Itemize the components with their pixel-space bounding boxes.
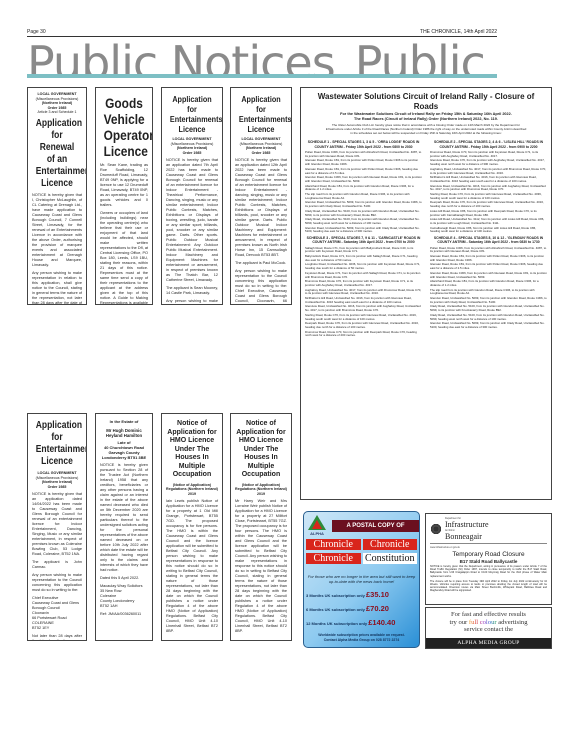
section-masthead: Public Notices Public Notices: [27, 36, 497, 76]
headline: Application for Renewal of an Entertainm…: [36, 118, 79, 190]
closure-item: Carnalbanagh Road, Route C86, from its j…: [430, 227, 547, 234]
closure-item: Clady Road, Unclassified No. 5100, from …: [430, 314, 547, 321]
full-colour-highlight: full colour: [469, 619, 497, 626]
closure-item: Glenview Road, Unclassified No. 4016, fr…: [430, 185, 547, 192]
section-title-repeat: Public Notices: [355, 36, 497, 76]
masthead-rule: [27, 74, 497, 78]
subscription-label: 3 Months UK subscription only: [306, 593, 365, 598]
ad-line-2-post: advertising: [497, 619, 528, 626]
closure-item: Pollen Road, Route C306, from its juncti…: [305, 151, 422, 158]
rally-column-right: SCHEDULE 2 - SPECIAL STAGES 2, 4 & 6 - '…: [430, 138, 547, 339]
closure-item: Glenaan Road, Route C81, from its juncti…: [430, 255, 547, 262]
order: Order 1985: [166, 151, 218, 156]
subscription-price: £140.40: [368, 618, 395, 627]
closure-item: Glendun Road, Unclassified No. 5099, fro…: [305, 227, 422, 234]
closure-item: Altarichard Road, Route C81, from its ju…: [430, 280, 547, 287]
masthead-chronicle: Chronicle: [306, 539, 361, 550]
regulation: (Notice of Application) Regulations (Nor…: [166, 483, 218, 497]
body-para: NOTICE is hereby given that I, Christoph…: [32, 193, 82, 268]
ad-line-1: For fast and effective results: [426, 611, 551, 619]
body-para: NOTICE is hereby given that the Departme…: [430, 565, 547, 578]
page-number: Page 30: [27, 29, 46, 35]
subscription-label: 12 Months UK subscription only: [306, 621, 367, 626]
ad-postal-copy[interactable]: ALPHA A POSTAL COPY OF Chronicle Chronic…: [303, 511, 420, 648]
body-para: The applicant is John Carmac.: [32, 560, 82, 570]
closure-item: Sterling Road, Route C70, from its junct…: [430, 193, 547, 200]
notice-hmo-weir: Notice of Application for HMO Licence Un…: [230, 413, 292, 641]
rally-title: Wastewater Solutions Circuit of Ireland …: [305, 92, 547, 112]
closure-item: Glenaan Road, Route C81, from its juncti…: [305, 168, 422, 175]
publication-date: THE CHRONICLE, 14th April 2022: [420, 29, 497, 35]
body-para: The applicant is Paul McCook.: [235, 261, 287, 266]
subscription-price: £35.10: [366, 590, 389, 599]
masthead-chronicle: Chronicle: [306, 553, 361, 564]
infrastructure-logo-icon: [430, 523, 442, 535]
closure-item: Glendun Road, Unclassified No. 5099, fro…: [305, 201, 422, 208]
authority: LOCAL GOVERNMENT: [32, 471, 82, 476]
closure-item: McIlhatton's Hill Road, Unclassified No.…: [430, 176, 547, 183]
closure-item: Clady Road, Unclassified No. 5100, from …: [430, 305, 547, 312]
body-para: Not later than 28 days after the date of…: [32, 634, 82, 641]
closure-item: Deerpark Road, Route C70, from its junct…: [430, 201, 547, 208]
closure-title: Temporary Road Closure: [430, 551, 547, 559]
authority: LOCAL GOVERNMENT: [235, 137, 287, 142]
notice-renewal-entertainments: LOCAL GOVERNMENT (Miscellaneous Provisio…: [27, 87, 87, 305]
alpha-logo-icon: ALPHA: [307, 514, 327, 536]
body-para: Owners or occupiers of land (including b…: [100, 211, 148, 305]
rally-column-left: SCHEDULE 1 - SPECIAL STAGES 1, 3 & 5 - '…: [305, 138, 422, 339]
dept-website[interactable]: www.infrastructure-ni.gov.uk: [430, 546, 547, 549]
closure-item: Glendun Road, Route C306, from its junct…: [305, 176, 422, 183]
closure-item: Lisles Hill Road, Unclassified No. 3112,…: [430, 218, 547, 225]
notice-entertainments-north-irish-horse: Application for Entertainments Licence L…: [230, 87, 292, 305]
closure-item: Glenaan Road, Route C81, from its juncti…: [305, 159, 422, 166]
postal-footer: Worldwide subscription prices available …: [306, 633, 417, 643]
closure-item: Clady Road, Unclassified No. 5100, from …: [305, 218, 422, 225]
article: Article 3 and Schedule 1: [32, 110, 82, 115]
headline: Goods Vehicle Operator's Licence: [104, 95, 145, 159]
notice-rally-road-closures: Wastewater Solutions Circuit of Ireland …: [300, 87, 552, 500]
authority: LOCAL GOVERNMENT: [166, 137, 218, 142]
closure-item: Aughaboy Road, Unclassified No. 4017, fr…: [430, 168, 547, 175]
rally-subtitle-2: The Road Races (Circuit of Ireland Rally…: [305, 117, 547, 122]
notice-estate-hamilton: In the Estate of Mr Hugh Dominic Heyland…: [95, 413, 153, 641]
notice-temporary-road-closure: Department for Infrastructure An Roinn B…: [425, 513, 552, 605]
alpha-media-group-bar: ALPHA MEDIA GROUP: [426, 638, 551, 648]
reference: Ref: JM/AA/0036260011: [100, 612, 148, 617]
schedule-heading: SCHEDULE 2 - SPECIAL STAGES 2, 4 & 6 - '…: [430, 140, 547, 149]
closure-item: Aughaboy Road, Unclassified No. 4017, fr…: [305, 289, 422, 296]
subscription-3-months: 3 Months UK subscription only £35.10: [306, 591, 417, 599]
masthead-constitution: Constitution: [363, 553, 418, 564]
subscription-price: £70.20: [366, 604, 389, 613]
closure-item: Sterling Road, Route C70, from its junct…: [305, 314, 422, 321]
order: Order 1985: [235, 151, 287, 156]
body-para: NOTICE is hereby given that an applicati…: [32, 492, 82, 557]
body-para: The closure will be in place from Tuesda…: [430, 580, 547, 593]
deceased-name: Mr Hugh Dominic Heyland Hamilton: [100, 428, 148, 438]
closure-item: Altarichard Road, Route C81, from its ju…: [305, 185, 422, 192]
headline: Application for Entertainments Licence: [239, 94, 283, 134]
body-para: Any person wishing to make representatio…: [166, 299, 218, 305]
order: Order 1985: [32, 485, 82, 490]
closure-item: Ballymullock Road, Route C71, from its j…: [305, 255, 422, 262]
body-para: Iain Lewis publish Notice of Application…: [166, 499, 218, 634]
authority: LOCAL GOVERNMENT: [32, 92, 82, 97]
headline: Notice of Application for HMO Licence Un…: [166, 420, 218, 480]
closure-item: Glendun Road, Route C306, from its junct…: [430, 272, 547, 279]
section-title: Public Notices: [27, 36, 335, 76]
headline: Notice of Application for HMO Licence Un…: [235, 420, 287, 480]
closure-item: Glenview Road, Unclassified No. 4016, fr…: [305, 305, 422, 312]
closure-item: Feystown Road, Route C71, from its junct…: [305, 272, 422, 279]
dept-name: Infrastructure: [445, 520, 489, 529]
closure-item: Glenview Road, Route C70, from its junct…: [430, 159, 547, 166]
dated: Dated this 5 April 2022.: [100, 576, 148, 581]
closure-item: Lisles Hill Road, Route C86, from its ju…: [430, 210, 547, 217]
closure-item: Brumcrow Road, Route C70, from its junct…: [305, 280, 422, 287]
ad-line-2-pre: try our: [449, 619, 468, 626]
closure-item: Loughdoo Road, Unclassified No. 4036, fr…: [305, 263, 422, 270]
contact-phone: Contact Alpha Media Group on 028 8772 22…: [306, 638, 417, 643]
headline: Application for Entertainments Licence: [170, 94, 214, 134]
body-para: Any person wishing to make representatio…: [235, 269, 287, 305]
postal-tagline: For those who are no longer in the area …: [306, 574, 417, 584]
body-para: NOTICE is hereby given that an applicati…: [235, 158, 287, 258]
closure-item: Pollen Road, Route C306, from its juncti…: [430, 247, 547, 254]
body-para: NOTICE is hereby given pursuant to Secti…: [100, 463, 148, 573]
estate-intro: In the Estate of: [100, 420, 148, 425]
solicitor-address: Macaulay Wray Solicitors 35 New Row Cole…: [100, 584, 148, 609]
body-para: Any person wishing to make representatio…: [32, 573, 82, 593]
subscription-6-months: 6 Months UK subscription only £70.20: [306, 605, 417, 613]
schedule-heading: SCHEDULE 4 - SPECIAL STAGES 8, 10 & 12 -…: [430, 236, 547, 245]
ad-line-3: service contact the: [426, 626, 551, 634]
closure-item: Glendun Road, Unclassified No. 5099, fro…: [430, 297, 547, 304]
ad-line-2: try our full colour advertising: [426, 619, 551, 627]
body-para: Any person wishing to make representatio…: [32, 271, 82, 306]
closure-item: Clady Road, Unclassified No. 5100, from …: [305, 210, 422, 217]
schedule-heading: SCHEDULE 3 - SPECIAL STAGES 7, 9 & 11 - …: [305, 236, 422, 245]
irish-name: Bonneagair: [445, 532, 489, 541]
masthead-chronicle: Chronicle: [363, 539, 418, 550]
headline: Application for Entertainments Licence: [36, 420, 79, 468]
subscription-12-months: 12 Months UK subscription only £140.40: [306, 619, 417, 627]
postal-banner: A POSTAL COPY OF: [332, 520, 419, 532]
body-para: Mr. Sean Kane, trading as Roe Scaffoldin…: [100, 163, 148, 208]
body-para: Mr Harry Weir and Mrs Lorraine Weir publ…: [235, 499, 287, 634]
notice-hmo-lewis: Notice of Application for HMO Licence Un…: [161, 413, 223, 641]
closure-item: Drumcrow Road, Route C70, from its junct…: [305, 331, 422, 338]
closure-item: Glenaan Road, Route C81, from its juncti…: [430, 263, 547, 270]
deceased-address: 40 Churchtown Road Garvagh County London…: [100, 445, 148, 460]
closure-item: The slip road from its junction with Gle…: [305, 193, 422, 200]
closure-item: Deerpark Road, Route C70, from its junct…: [305, 322, 422, 329]
notice-goods-vehicle: Goods Vehicle Operator's Licence Mr. Sea…: [95, 87, 153, 305]
closure-item: McIlhatton's Hill Road, Unclassified No.…: [305, 297, 422, 304]
svg-text:ALPHA: ALPHA: [310, 531, 324, 536]
notice-entertainments-thatch: Application for Entertainments Licence L…: [161, 87, 223, 305]
subscription-label: 6 Months UK subscription only: [306, 607, 365, 612]
schedule-heading: SCHEDULE 1 - SPECIAL STAGES 1, 3 & 5 - '…: [305, 140, 422, 149]
rally-intro: The Ulster Automobile Club Ltd. hereby g…: [325, 124, 527, 135]
closure-item: Sallagh Road, Route C71, from its juncti…: [305, 247, 422, 254]
ad-full-colour[interactable]: For fast and effective results try our f…: [425, 607, 552, 649]
regulation: (Notice of Application) Regulations (Nor…: [235, 483, 287, 497]
divider: [430, 543, 547, 544]
notice-entertainments-bowling-club: Application for Entertainments Licence L…: [27, 413, 87, 641]
council-address: Chief Executive Causeway Coast and Glens…: [32, 596, 82, 631]
closure-item: Drumcrow Road, Route C70, from its junct…: [430, 151, 547, 158]
body-para: NOTICE is hereby given that an applicati…: [166, 158, 218, 283]
closure-item: Glendun Road, Unclassified No. 5099, fro…: [430, 322, 547, 329]
body-para: The applicant is Sean Mooney, 14 Castle …: [166, 286, 218, 296]
closure-item: The slip road from its junction with Gle…: [430, 289, 547, 296]
